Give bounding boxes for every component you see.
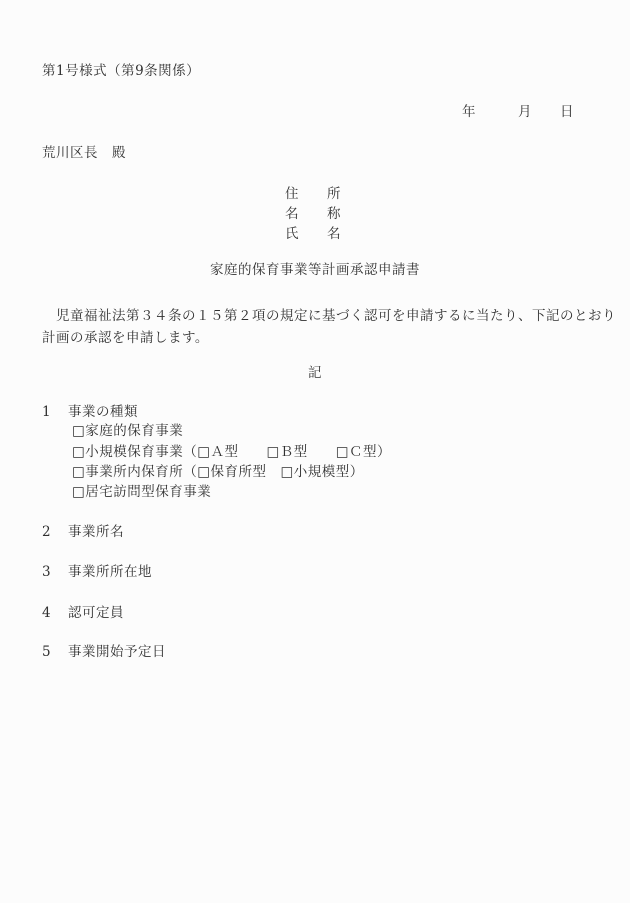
section-number: 4 bbox=[42, 606, 68, 621]
section-number: 5 bbox=[42, 645, 68, 660]
section-heading: 事業所名 bbox=[68, 524, 124, 540]
document-title: 家庭的保育事業等計画承認申請書 bbox=[0, 263, 630, 278]
section-heading: 認可定員 bbox=[68, 605, 124, 621]
applicant-block: 住 所 名 称 氏 名 bbox=[285, 184, 341, 244]
section-heading: 事業の種類 bbox=[68, 404, 138, 420]
section-business-name: 2事業所名 bbox=[42, 525, 124, 540]
checkbox-option-jigyoshonai: □事業所内保育所（□保育所型 □小規模型） bbox=[72, 465, 364, 480]
body-paragraph: 児童福祉法第３４条の１５第２項の規定に基づく認可を申請するに当たり、下記のとおり… bbox=[42, 305, 616, 349]
checkbox-option-shokibo: □小規模保育事業（□Ａ型 □Ｂ型 □Ｃ型） bbox=[72, 445, 391, 460]
applicant-entity-name-label: 名 称 bbox=[285, 204, 341, 224]
applicant-person-name-label: 氏 名 bbox=[285, 224, 341, 244]
body-line-2: 計画の承認を申請します。 bbox=[42, 327, 616, 349]
section-number: 1 bbox=[42, 405, 68, 420]
section-start-date: 5事業開始予定日 bbox=[42, 645, 166, 660]
section-business-type: 1事業の種類 bbox=[42, 405, 138, 420]
section-approved-capacity: 4認可定員 bbox=[42, 606, 124, 621]
addressee: 荒川区長 殿 bbox=[42, 146, 126, 161]
checkbox-option-kateiteki: □家庭的保育事業 bbox=[72, 424, 183, 439]
list-marker: 記 bbox=[0, 366, 630, 381]
section-number: 2 bbox=[42, 525, 68, 540]
section-business-address: 3事業所所在地 bbox=[42, 565, 152, 580]
section-number: 3 bbox=[42, 565, 68, 580]
document-page: { "page": { "background_color": "#fcfcfc… bbox=[0, 0, 630, 903]
body-line-1: 児童福祉法第３４条の１５第２項の規定に基づく認可を申請するに当たり、下記のとおり bbox=[42, 305, 616, 327]
checkbox-option-kyotaku: □居宅訪問型保育事業 bbox=[72, 485, 211, 500]
section-heading: 事業所所在地 bbox=[68, 564, 152, 580]
section-heading: 事業開始予定日 bbox=[68, 644, 166, 660]
applicant-address-label: 住 所 bbox=[285, 184, 341, 204]
form-number: 第1号様式（第9条関係） bbox=[42, 64, 200, 79]
date-line: 年 月 日 bbox=[462, 105, 574, 120]
